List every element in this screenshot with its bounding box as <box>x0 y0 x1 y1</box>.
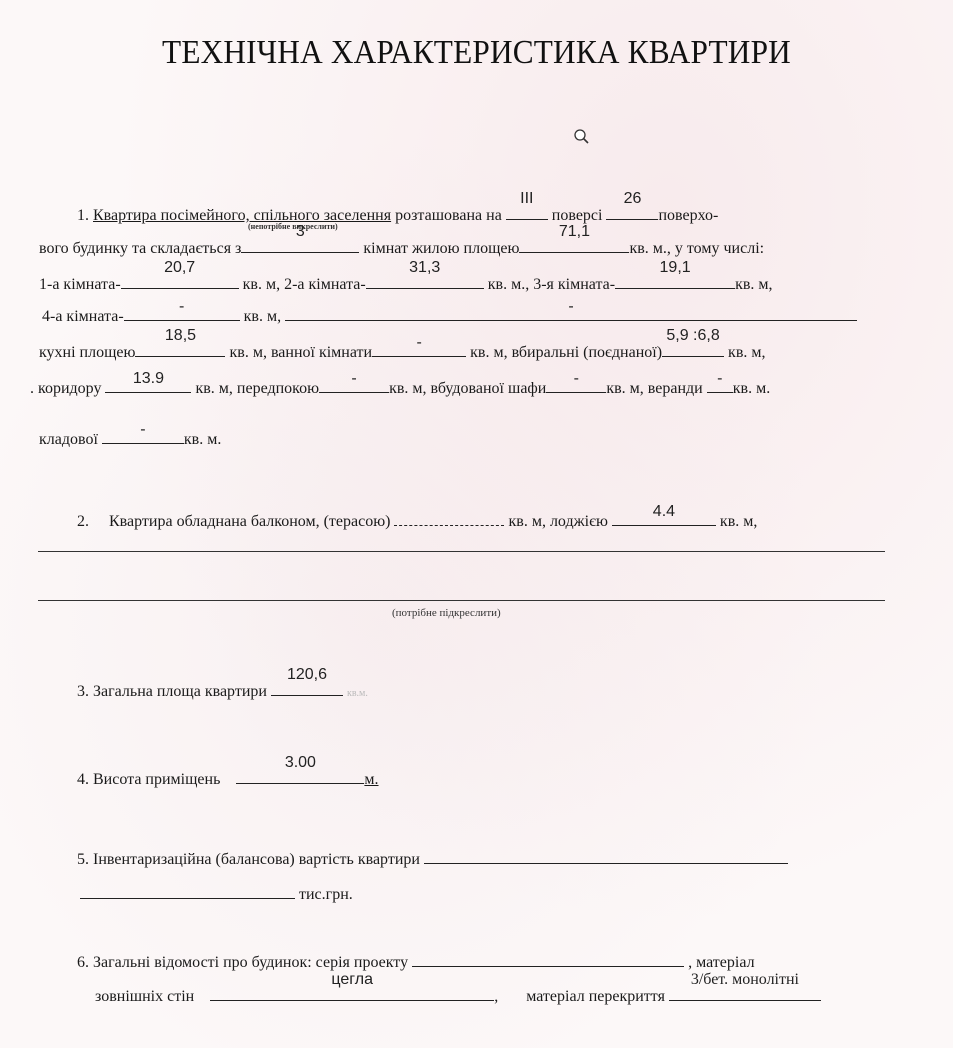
rooms-count-value: 3 <box>241 222 359 242</box>
total-area-value: 120,6 <box>271 665 343 685</box>
living-area-value: 71,1 <box>519 222 629 242</box>
label-closet: вбудованої шафи <box>431 380 547 397</box>
balcony-field[interactable] <box>394 507 504 526</box>
document-title: ТЕХНІЧНА ХАРАКТЕРИСТИКА КВАРТИРИ <box>38 34 915 72</box>
label-located-on: розташована на <box>395 207 502 224</box>
room3-value: 19,1 <box>615 258 735 278</box>
room3-unit: кв. м, <box>735 276 772 293</box>
section6-line2: зовнішніх стін цегла, матеріал перекритт… <box>95 982 821 1007</box>
bathroom-value: - <box>372 333 466 353</box>
section2-blank-line-2[interactable] <box>38 600 885 601</box>
section1-line4: 4-а кімната-- кв. м, - <box>42 302 857 327</box>
label-bathroom: ванної кімнати <box>271 344 372 361</box>
closet-field[interactable]: - <box>546 374 606 393</box>
hall-unit: кв. м, <box>389 380 426 397</box>
corridor-value: 13.9 <box>105 369 191 389</box>
section3: 3. Загальна площа квартири 120,6 кв.м. <box>77 677 368 704</box>
label-hall: передпокою <box>237 380 319 397</box>
room3-field[interactable]: 19,1 <box>615 270 735 289</box>
section2-blank-line-1[interactable] <box>38 551 885 552</box>
room4-field[interactable]: - <box>124 302 240 321</box>
label-corridor: . коридору <box>30 380 101 397</box>
label-ceiling-height: 4. Висота приміщень <box>77 771 220 788</box>
floor-slab-material-field[interactable]: 3/бет. монолітні <box>669 982 821 1001</box>
total-area-unit: кв.м. <box>347 688 368 699</box>
section-number: 2. <box>77 513 89 530</box>
magnifier-cursor-icon <box>573 128 591 146</box>
label-room4: 4-а кімната- <box>42 308 124 325</box>
room1-unit: кв. м, <box>243 276 280 293</box>
inventory-value-field[interactable] <box>80 880 295 899</box>
storage-value: - <box>102 420 184 440</box>
label-floor-slab-material: матеріал перекриття <box>526 988 665 1005</box>
scanned-document-page: ТЕХНІЧНА ХАРАКТЕРИСТИКА КВАРТИРИ 1. Квар… <box>0 0 953 1048</box>
closet-unit: кв. м, <box>606 380 643 397</box>
label-toilet: вбиральні (поєднаної) <box>512 344 662 361</box>
bathroom-field[interactable]: - <box>372 338 466 357</box>
toilet-unit: кв. м, <box>728 344 765 361</box>
loggia-unit: кв. м, <box>720 513 757 530</box>
kitchen-field[interactable]: 18,5 <box>135 338 225 357</box>
bathroom-unit: кв. м, <box>470 344 507 361</box>
room4-value: - <box>124 297 240 317</box>
label-veranda: веранди <box>648 380 703 397</box>
room-extra-value: - <box>285 297 857 317</box>
project-series-field[interactable] <box>412 948 684 967</box>
toilet-value: 5,9 :6,8 <box>662 326 724 346</box>
room2-value: 31,3 <box>366 258 484 278</box>
label-floors-total: поверхо- <box>658 207 718 224</box>
label-storage: кладової <box>39 431 98 448</box>
section4: 4. Висота приміщень 3.00м. <box>77 765 379 790</box>
hall-value: - <box>319 369 389 389</box>
section5-line1: 5. Інвентаризаційна (балансова) вартість… <box>77 845 788 870</box>
section1-line6: . коридору 13.9 кв. м, передпокою-кв. м,… <box>30 374 770 399</box>
label-balcony: Квартира обладнана балконом, (терасою) <box>109 513 390 530</box>
room1-value: 20,7 <box>121 258 239 278</box>
note-underline: (потрібне підкреслити) <box>392 607 501 619</box>
inventory-value-field-part1[interactable] <box>424 845 788 864</box>
section5-line2: тис.грн. <box>80 880 353 905</box>
exterior-walls-field[interactable]: цегла <box>210 982 494 1001</box>
living-area-field[interactable]: 71,1 <box>519 234 629 253</box>
label-building-info: 6. Загальні відомості про будинок: серія… <box>77 954 408 971</box>
comma: , <box>494 988 498 1005</box>
label-loggia: кв. м, лоджією <box>508 513 607 530</box>
ceiling-height-value: 3.00 <box>236 753 364 773</box>
floor-value: III <box>506 189 548 209</box>
label-kitchen: кухні площею <box>39 344 135 361</box>
floor-slab-material-value: 3/бет. монолітні <box>669 970 821 990</box>
section1-line5: кухні площею18,5 кв. м, ванної кімнати- … <box>39 338 766 363</box>
label-living-area: кімнат жилою площею <box>363 240 519 257</box>
veranda-value: - <box>707 369 733 389</box>
rooms-count-field[interactable]: 3 <box>241 234 359 253</box>
room2-unit: кв. м., <box>488 276 529 293</box>
floors-total-field[interactable]: 26 <box>606 201 658 220</box>
room-extra-field[interactable]: - <box>285 302 857 321</box>
label-room3: 3-я кімната- <box>533 276 615 293</box>
label-room1: 1-а кімната- <box>39 276 121 293</box>
floors-total-value: 26 <box>606 189 658 209</box>
toilet-field[interactable]: 5,9 :6,8 <box>662 338 724 357</box>
room4-unit: кв. м, <box>244 308 281 325</box>
kitchen-unit: кв. м, <box>229 344 266 361</box>
label-building: вого будинку та складається з <box>39 240 241 257</box>
closet-value: - <box>546 369 606 389</box>
label-material: , матеріал <box>688 954 754 971</box>
section2-line1: 2. Квартира обладнана балконом, (терасою… <box>77 507 757 532</box>
veranda-field[interactable]: - <box>707 374 733 393</box>
total-area-field[interactable]: 120,6 <box>271 677 343 696</box>
loggia-field[interactable]: 4.4 <box>612 507 716 526</box>
section1-line2: вого будинку та складається з3 кімнат жи… <box>39 234 764 259</box>
section-number: 1. <box>77 207 89 224</box>
storage-field[interactable]: - <box>102 425 184 444</box>
label-inventory-value: 5. Інвентаризаційна (балансова) вартість… <box>77 851 420 868</box>
inventory-value-unit: тис.грн. <box>299 886 353 903</box>
kitchen-value: 18,5 <box>135 326 225 346</box>
corridor-field[interactable]: 13.9 <box>105 374 191 393</box>
section1-line7: кладової -кв. м. <box>39 425 221 450</box>
hall-field[interactable]: - <box>319 374 389 393</box>
ceiling-height-field[interactable]: 3.00 <box>236 765 364 784</box>
room2-field[interactable]: 31,3 <box>366 270 484 289</box>
label-living-area-unit: кв. м., у тому числі: <box>629 240 764 257</box>
floor-field[interactable]: III <box>506 201 548 220</box>
veranda-unit: кв. м. <box>733 380 770 397</box>
section1-line3: 1-а кімната-20,7 кв. м, 2-а кімната-31,3… <box>39 270 773 295</box>
loggia-value: 4.4 <box>612 502 716 522</box>
label-room2: 2-а кімната- <box>284 276 366 293</box>
ceiling-height-unit: м. <box>364 771 378 788</box>
room1-field[interactable]: 20,7 <box>121 270 239 289</box>
corridor-unit: кв. м, <box>195 380 232 397</box>
exterior-walls-value: цегла <box>210 970 494 990</box>
label-total-area: 3. Загальна площа квартири <box>77 683 267 700</box>
storage-unit: кв. м. <box>184 431 221 448</box>
label-exterior-walls: зовнішніх стін <box>95 988 194 1005</box>
